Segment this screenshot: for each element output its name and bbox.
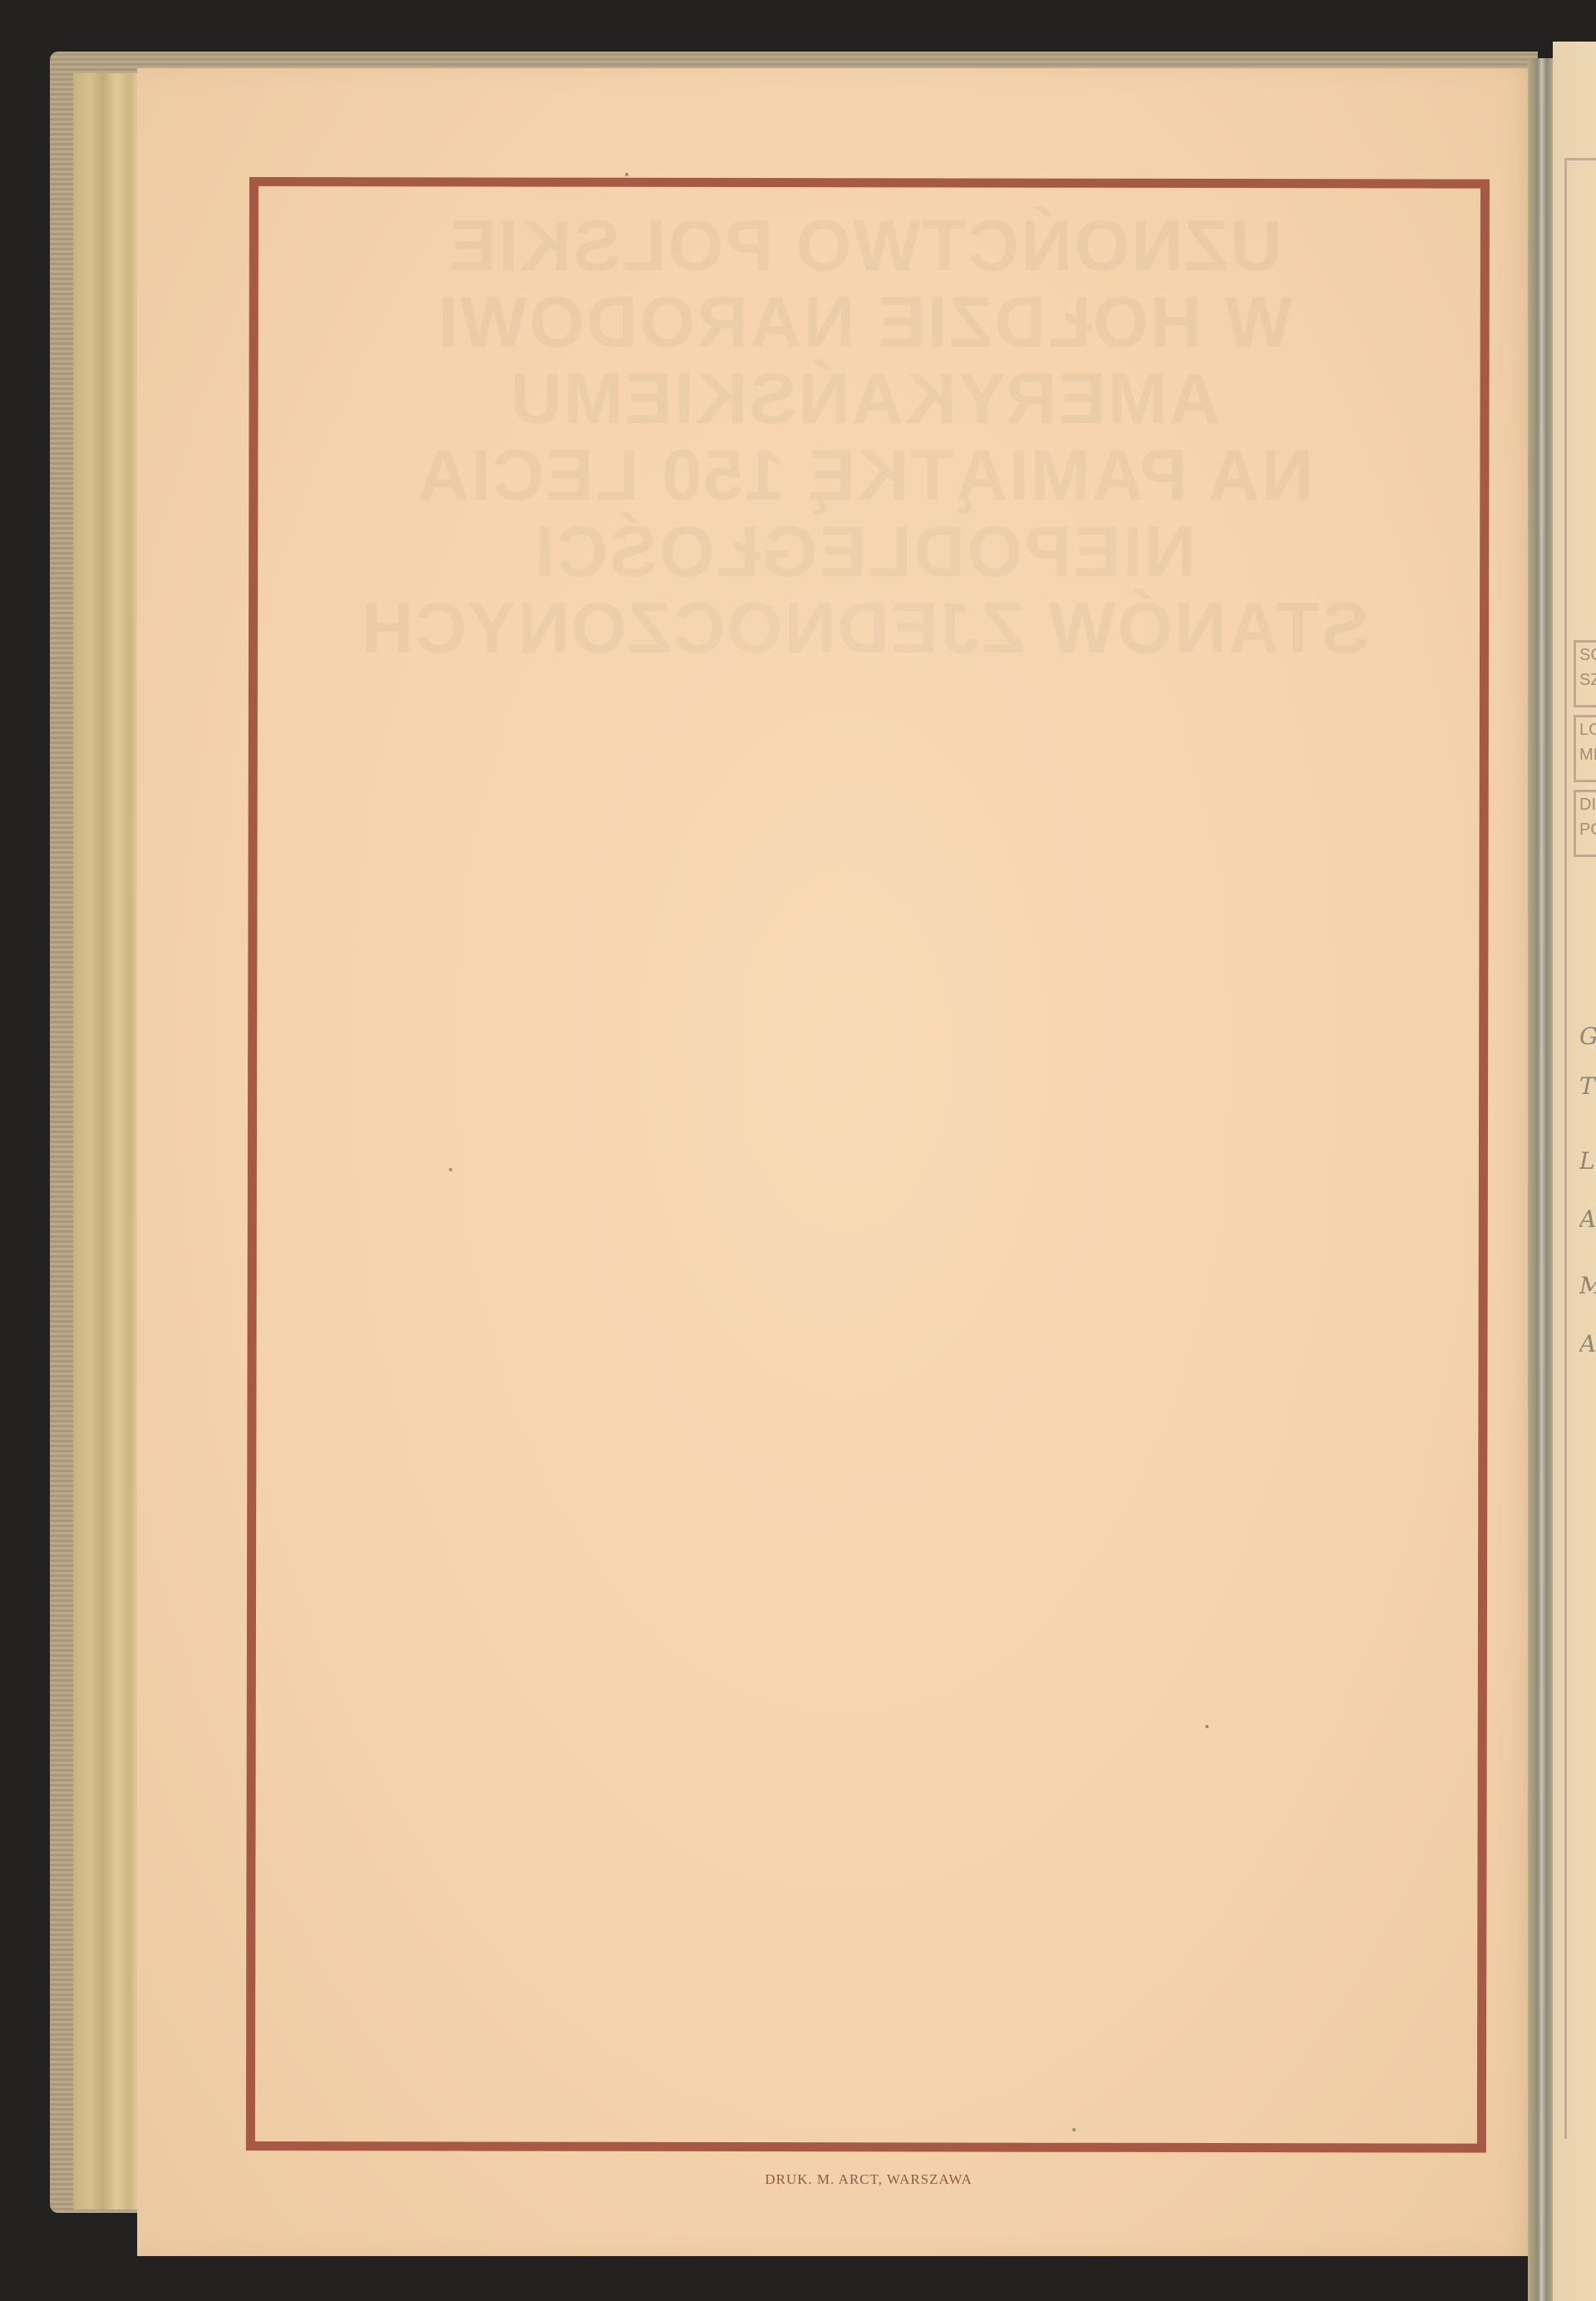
next-page-signature: Lu — [1579, 1147, 1596, 1175]
paper-speck — [625, 173, 628, 176]
page-stack-edges — [73, 73, 140, 2210]
next-page-signature: Tr — [1579, 1072, 1596, 1100]
next-page-block: LO MI — [1574, 715, 1596, 782]
next-page-signature: M — [1579, 1272, 1596, 1299]
paper-speck — [1072, 2128, 1076, 2131]
decorative-frame — [246, 177, 1490, 2153]
next-page-signature: Gr — [1579, 1022, 1596, 1050]
next-page-signature: An — [1579, 1330, 1596, 1357]
next-page-block: DI PO — [1574, 790, 1596, 857]
paper-speck — [1205, 1725, 1209, 1728]
next-page-block: SCH SZH — [1574, 640, 1596, 707]
book-gutter — [1528, 58, 1553, 2301]
next-page-signature: Ar — [1579, 1205, 1596, 1233]
paper-speck — [449, 1168, 452, 1171]
printer-imprint: DRUK. M. ARCT, WARSZAWA — [0, 2171, 1596, 2188]
